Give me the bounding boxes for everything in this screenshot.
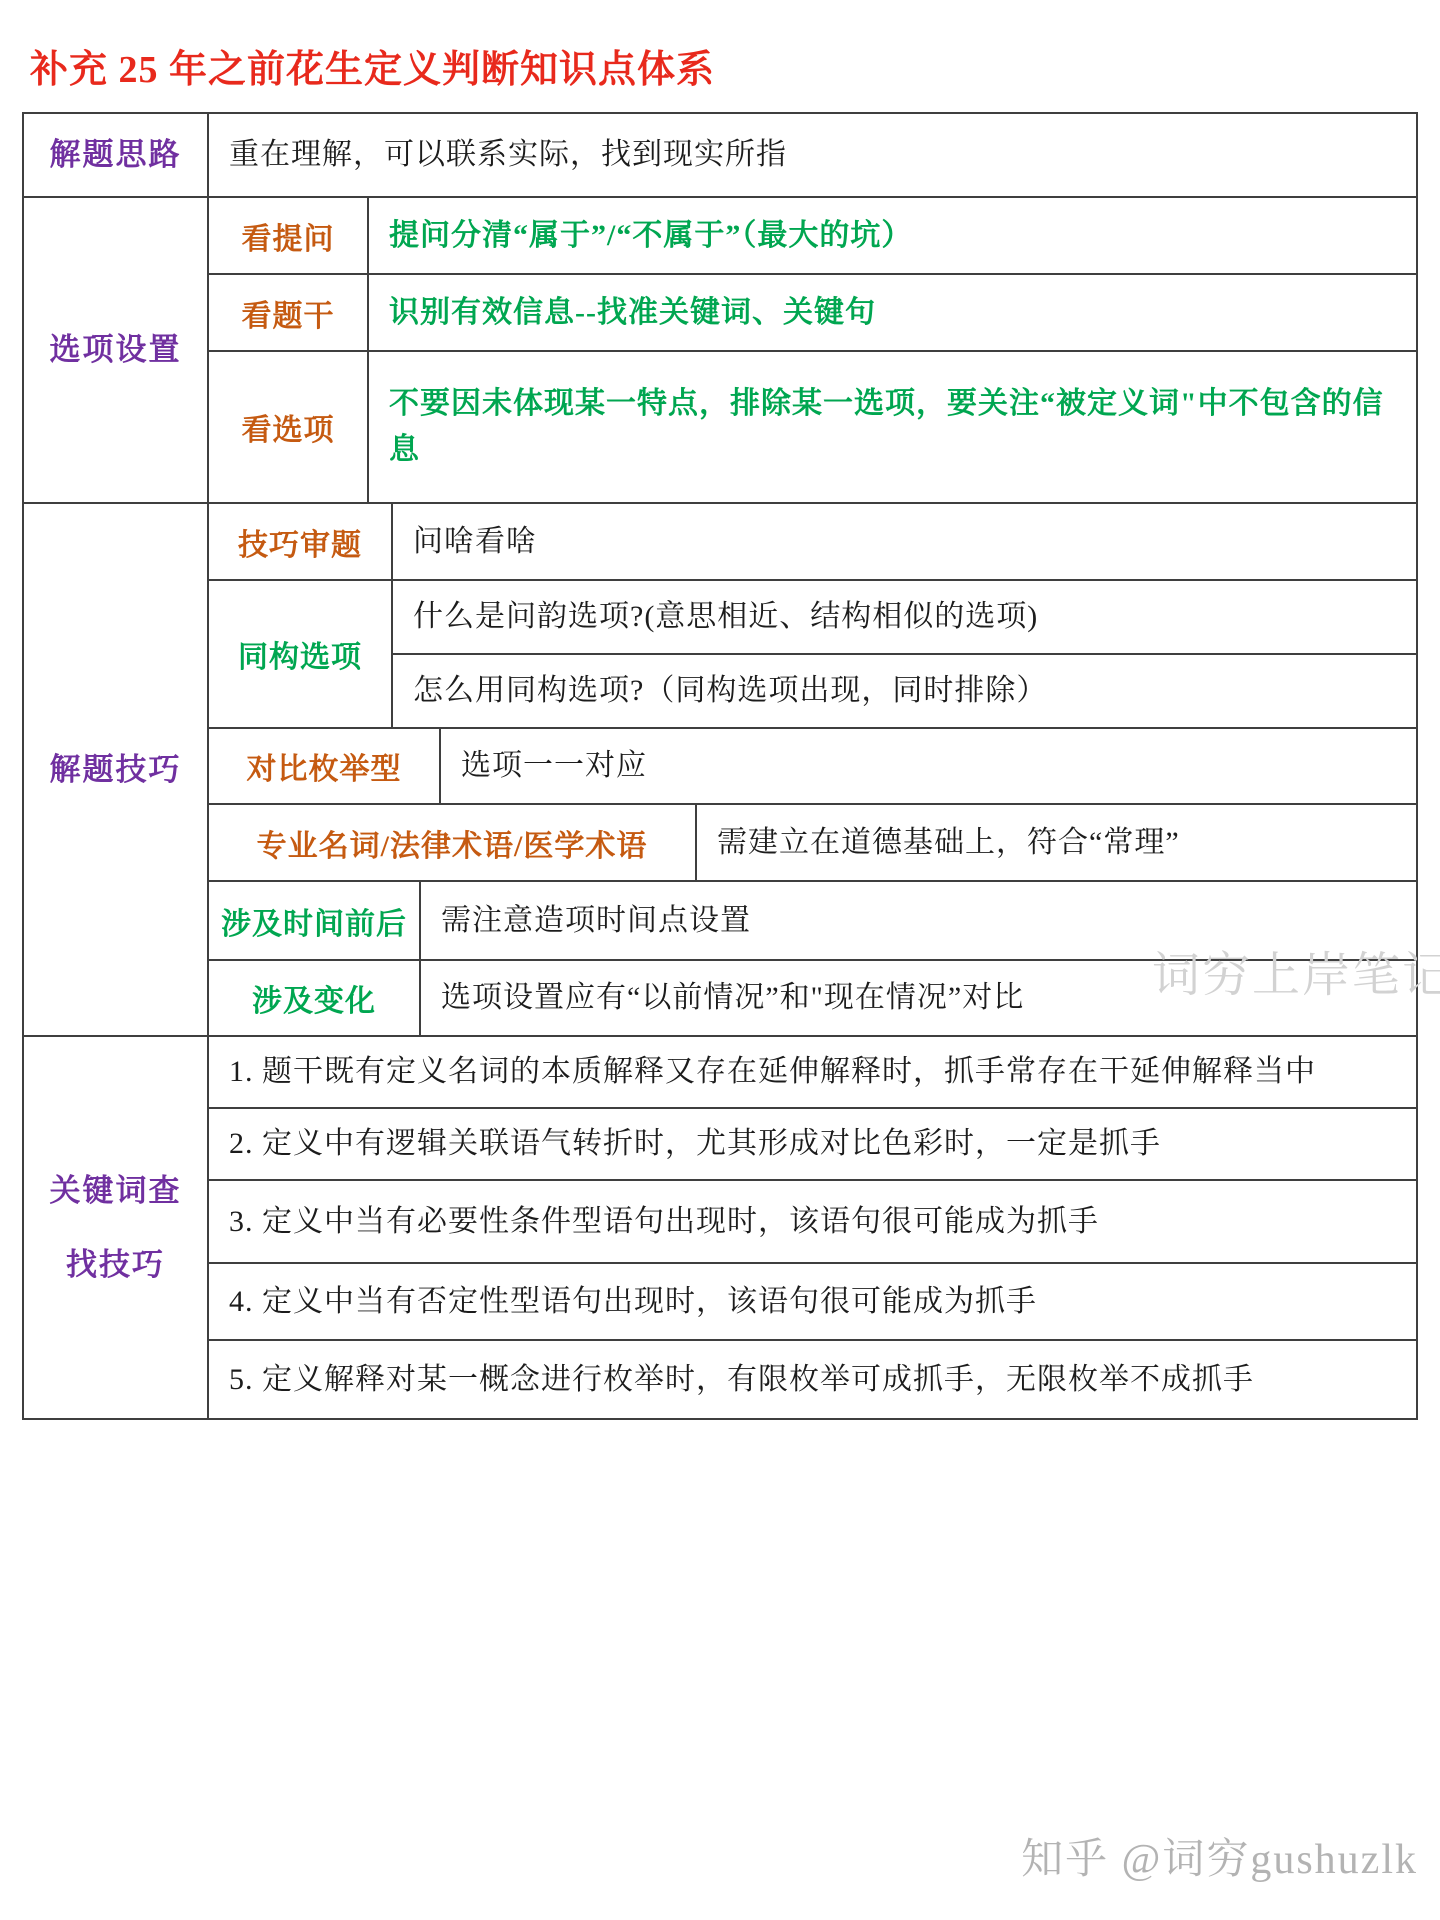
row-shejishijian: 涉及时间前后 需注意造项时间点设置 [209, 880, 1416, 959]
cell-kantigan-content: 识别有效信息--找准关键词、关键句 [369, 275, 1416, 350]
cell-jiqiaoshenti-content: 问啥看啥 [393, 504, 1416, 579]
cell-duibimeiju-content: 选项一一对应 [441, 729, 1416, 803]
page-title: 补充 25 年之前花生定义判断知识点体系 [30, 38, 715, 93]
row-kanxuanxiang: 看选项 不要因未体现某一特点，排除某一选项，要关注“被定义词"中不包含的信息 [209, 350, 1416, 502]
cell-keyword-tip-2: 2. 定义中有逻辑关联语气转折时，尤其形成对比色彩时，一定是抓手 [209, 1109, 1416, 1179]
row-keyword-tip-3: 3. 定义中当有必要性条件型语句出现时，该语句很可能成为抓手 [209, 1179, 1416, 1262]
row-keyword-tip-5: 5. 定义解释对某一概念进行枚举时，有限枚举可成抓手，无限枚举不成抓手 [209, 1339, 1416, 1418]
cell-keyword-tip-5: 5. 定义解释对某一概念进行枚举时，有限枚举可成抓手，无限枚举不成抓手 [209, 1341, 1416, 1418]
sub-label-kanxuanxiang: 看选项 [209, 352, 369, 502]
row-jiqiaoshenti: 技巧审题 问啥看啥 [209, 504, 1416, 579]
row-jietisilu: 解题思路 重在理解，可以联系实际，找到现实所指 [24, 114, 1416, 196]
knowledge-table: 解题思路 重在理解，可以联系实际，找到现实所指 选项设置 看提问 提问分清“属于… [22, 112, 1418, 1420]
section-rows: 看提问 提问分清“属于”/“不属于”（最大的坑） 看题干 识别有效信息--找准关… [209, 198, 1416, 502]
sub-label-kantigan: 看题干 [209, 275, 369, 350]
tonggou-subrows: 什么是问韵选项?(意思相近、结构相似的选项) 怎么用同构选项?（同构选项出现，同… [393, 581, 1416, 727]
sub-label-jiqiaoshenti: 技巧审题 [209, 504, 393, 579]
cell-jietisilu-content: 重在理解，可以联系实际，找到现实所指 [209, 114, 1416, 196]
cell-keyword-tip-4: 4. 定义中当有否定性型语句出现时，该语句很可能成为抓手 [209, 1264, 1416, 1339]
row-tonggou-what: 什么是问韵选项?(意思相近、结构相似的选项) [393, 581, 1416, 653]
group-label-jietisilu: 解题思路 [24, 114, 209, 196]
row-zhuanyemingci: 专业名词/法律术语/医学术语 需建立在道德基础上，符合“常理” [209, 803, 1416, 880]
sub-label-duibimeiju: 对比枚举型 [209, 729, 441, 803]
row-shejibianhua: 涉及变化 选项设置应有“以前情况”和"现在情况”对比 [209, 959, 1416, 1035]
group-label-xuanxiangshezhi: 选项设置 [24, 198, 209, 502]
group-label-guanjiancichazhao: 关键词查 找技巧 [24, 1037, 209, 1418]
row-kantigan: 看题干 识别有效信息--找准关键词、关键句 [209, 273, 1416, 350]
cell-kanxuanxiang-content: 不要因未体现某一特点，排除某一选项，要关注“被定义词"中不包含的信息 [369, 352, 1416, 502]
section-rows: 1. 题干既有定义名词的本质解释又存在延伸解释时，抓手常存在干延伸解释当中 2.… [209, 1037, 1416, 1418]
cell-zhuanyemingci-content: 需建立在道德基础上，符合“常理” [697, 805, 1416, 880]
cell-shejibianhua-content: 选项设置应有“以前情况”和"现在情况”对比 [421, 961, 1416, 1035]
row-keyword-tip-2: 2. 定义中有逻辑关联语气转折时，尤其形成对比色彩时，一定是抓手 [209, 1107, 1416, 1179]
row-tonggou-how: 怎么用同构选项?（同构选项出现，同时排除） [393, 653, 1416, 727]
section-guanjiancichazhao: 关键词查 找技巧 1. 题干既有定义名词的本质解释又存在延伸解释时，抓手常存在干… [24, 1035, 1416, 1418]
cell-keyword-tip-1: 1. 题干既有定义名词的本质解释又存在延伸解释时，抓手常存在干延伸解释当中 [209, 1037, 1416, 1107]
cell-kantiwen-content: 提问分清“属于”/“不属于”（最大的坑） [369, 198, 1416, 273]
cell-keyword-tip-3: 3. 定义中当有必要性条件型语句出现时，该语句很可能成为抓手 [209, 1181, 1416, 1262]
cell-tonggou-what: 什么是问韵选项?(意思相近、结构相似的选项) [393, 581, 1416, 653]
sub-label-shejishijian: 涉及时间前后 [209, 882, 421, 959]
row-keyword-tip-1: 1. 题干既有定义名词的本质解释又存在延伸解释时，抓手常存在干延伸解释当中 [209, 1037, 1416, 1107]
row-duibimeiju: 对比枚举型 选项一一对应 [209, 727, 1416, 803]
group-label-jietijiqiao: 解题技巧 [24, 504, 209, 1035]
row-tonggouxuanxiang: 同构选项 什么是问韵选项?(意思相近、结构相似的选项) 怎么用同构选项?（同构选… [209, 579, 1416, 727]
sub-label-kantiwen: 看提问 [209, 198, 369, 273]
cell-tonggou-how: 怎么用同构选项?（同构选项出现，同时排除） [393, 655, 1416, 727]
sub-label-tonggouxuanxiang: 同构选项 [209, 581, 393, 727]
section-xuanxiangshezhi: 选项设置 看提问 提问分清“属于”/“不属于”（最大的坑） 看题干 识别有效信息… [24, 196, 1416, 502]
section-rows: 技巧审题 问啥看啥 同构选项 什么是问韵选项?(意思相近、结构相似的选项) 怎么… [209, 504, 1416, 1035]
sub-label-zhuanyemingci: 专业名词/法律术语/医学术语 [209, 805, 697, 880]
cell-shejishijian-content: 需注意造项时间点设置 [421, 882, 1416, 959]
section-jietijiqiao: 解题技巧 技巧审题 问啥看啥 同构选项 什么是问韵选项?(意思相近、结构相似的选… [24, 502, 1416, 1035]
row-keyword-tip-4: 4. 定义中当有否定性型语句出现时，该语句很可能成为抓手 [209, 1262, 1416, 1339]
zhihu-credit: 知乎 @词穷gushuzlk [1021, 1826, 1418, 1886]
row-kantiwen: 看提问 提问分清“属于”/“不属于”（最大的坑） [209, 198, 1416, 273]
sub-label-shejibianhua: 涉及变化 [209, 961, 421, 1035]
